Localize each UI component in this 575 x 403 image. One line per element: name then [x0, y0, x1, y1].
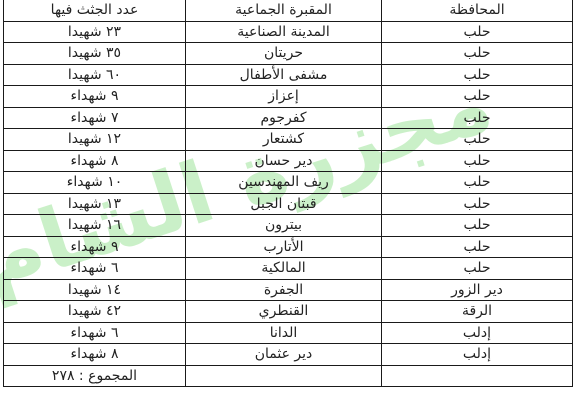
- cell-body-count: ٩ شهداء: [4, 86, 186, 108]
- cell-body-count: ١٦ شهيدا: [4, 215, 186, 237]
- cell-governorate: حلب: [382, 21, 573, 43]
- cell-body-count: ٤٢ شهيدا: [4, 301, 186, 323]
- cell-governorate: حلب: [382, 129, 573, 151]
- header-row: المحافظة المقبرة الجماعية عدد الجثث فيها: [4, 0, 573, 21]
- cell-mass-grave: بيترون: [186, 215, 382, 237]
- total-governorate-cell: [382, 365, 573, 387]
- cell-governorate: الرقة: [382, 301, 573, 323]
- cell-body-count: ٩ شهداء: [4, 236, 186, 258]
- total-row: المجموع : ٢٧٨: [4, 365, 573, 387]
- table-row: حلب مشفى الأطفال ٦٠ شهيدا: [4, 64, 573, 86]
- cell-mass-grave: كشتعار: [186, 129, 382, 151]
- table-row: حلب الأتارب ٩ شهداء: [4, 236, 573, 258]
- cell-governorate: حلب: [382, 64, 573, 86]
- cell-body-count: ٦ شهداء: [4, 322, 186, 344]
- cell-governorate: حلب: [382, 258, 573, 280]
- table-row: حلب قبتان الجبل ١٣ شهيدا: [4, 193, 573, 215]
- cell-body-count: ١٢ شهيدا: [4, 129, 186, 151]
- cell-mass-grave: دير حسان: [186, 150, 382, 172]
- mass-graves-table: المحافظة المقبرة الجماعية عدد الجثث فيها…: [3, 0, 573, 387]
- cell-governorate: حلب: [382, 150, 573, 172]
- cell-body-count: ٦ شهداء: [4, 258, 186, 280]
- cell-body-count: ٢٣ شهيدا: [4, 21, 186, 43]
- cell-body-count: ١٣ شهيدا: [4, 193, 186, 215]
- cell-body-count: ١٤ شهيدا: [4, 279, 186, 301]
- cell-mass-grave: المدينة الصناعية: [186, 21, 382, 43]
- table-row: حلب المدينة الصناعية ٢٣ شهيدا: [4, 21, 573, 43]
- cell-governorate: إدلب: [382, 344, 573, 366]
- header-mass-grave: المقبرة الجماعية: [186, 0, 382, 21]
- cell-mass-grave: ريف المهندسين: [186, 172, 382, 194]
- cell-governorate: حلب: [382, 43, 573, 65]
- cell-mass-grave: الدانا: [186, 322, 382, 344]
- table-row: حلب كفرجوم ٧ شهداء: [4, 107, 573, 129]
- table-row: حلب إعزاز ٩ شهداء: [4, 86, 573, 108]
- table-row: حلب دير حسان ٨ شهداء: [4, 150, 573, 172]
- header-governorate: المحافظة: [382, 0, 573, 21]
- table-row: حلب كشتعار ١٢ شهيدا: [4, 129, 573, 151]
- table-row: حلب المالكية ٦ شهداء: [4, 258, 573, 280]
- table-row: الرقة القنطري ٤٢ شهيدا: [4, 301, 573, 323]
- cell-mass-grave: حريتان: [186, 43, 382, 65]
- cell-body-count: ٧ شهداء: [4, 107, 186, 129]
- cell-mass-grave: مشفى الأطفال: [186, 64, 382, 86]
- cell-mass-grave: قبتان الجبل: [186, 193, 382, 215]
- table-row: إدلب دير عثمان ٨ شهداء: [4, 344, 573, 366]
- table-row: حلب ريف المهندسين ١٠ شهداء: [4, 172, 573, 194]
- cell-mass-grave: المالكية: [186, 258, 382, 280]
- table-row: حلب بيترون ١٦ شهيدا: [4, 215, 573, 237]
- cell-governorate: حلب: [382, 193, 573, 215]
- cell-mass-grave: القنطري: [186, 301, 382, 323]
- cell-body-count: ٨ شهداء: [4, 344, 186, 366]
- cell-governorate: حلب: [382, 107, 573, 129]
- cell-governorate: حلب: [382, 172, 573, 194]
- total-body-count: المجموع : ٢٧٨: [4, 365, 186, 387]
- cell-mass-grave: الجفرة: [186, 279, 382, 301]
- cell-body-count: ٦٠ شهيدا: [4, 64, 186, 86]
- table-row: حلب حريتان ٣٥ شهيدا: [4, 43, 573, 65]
- cell-mass-grave: كفرجوم: [186, 107, 382, 129]
- cell-governorate: دير الزور: [382, 279, 573, 301]
- cell-governorate: حلب: [382, 215, 573, 237]
- cell-mass-grave: الأتارب: [186, 236, 382, 258]
- cell-body-count: ٨ شهداء: [4, 150, 186, 172]
- cell-body-count: ٣٥ شهيدا: [4, 43, 186, 65]
- cell-body-count: ١٠ شهداء: [4, 172, 186, 194]
- cell-governorate: حلب: [382, 86, 573, 108]
- cell-mass-grave: إعزاز: [186, 86, 382, 108]
- header-body-count: عدد الجثث فيها: [4, 0, 186, 21]
- cell-mass-grave: دير عثمان: [186, 344, 382, 366]
- table-row: إدلب الدانا ٦ شهداء: [4, 322, 573, 344]
- total-mass-grave-cell: [186, 365, 382, 387]
- cell-governorate: إدلب: [382, 322, 573, 344]
- cell-governorate: حلب: [382, 236, 573, 258]
- table-row: دير الزور الجفرة ١٤ شهيدا: [4, 279, 573, 301]
